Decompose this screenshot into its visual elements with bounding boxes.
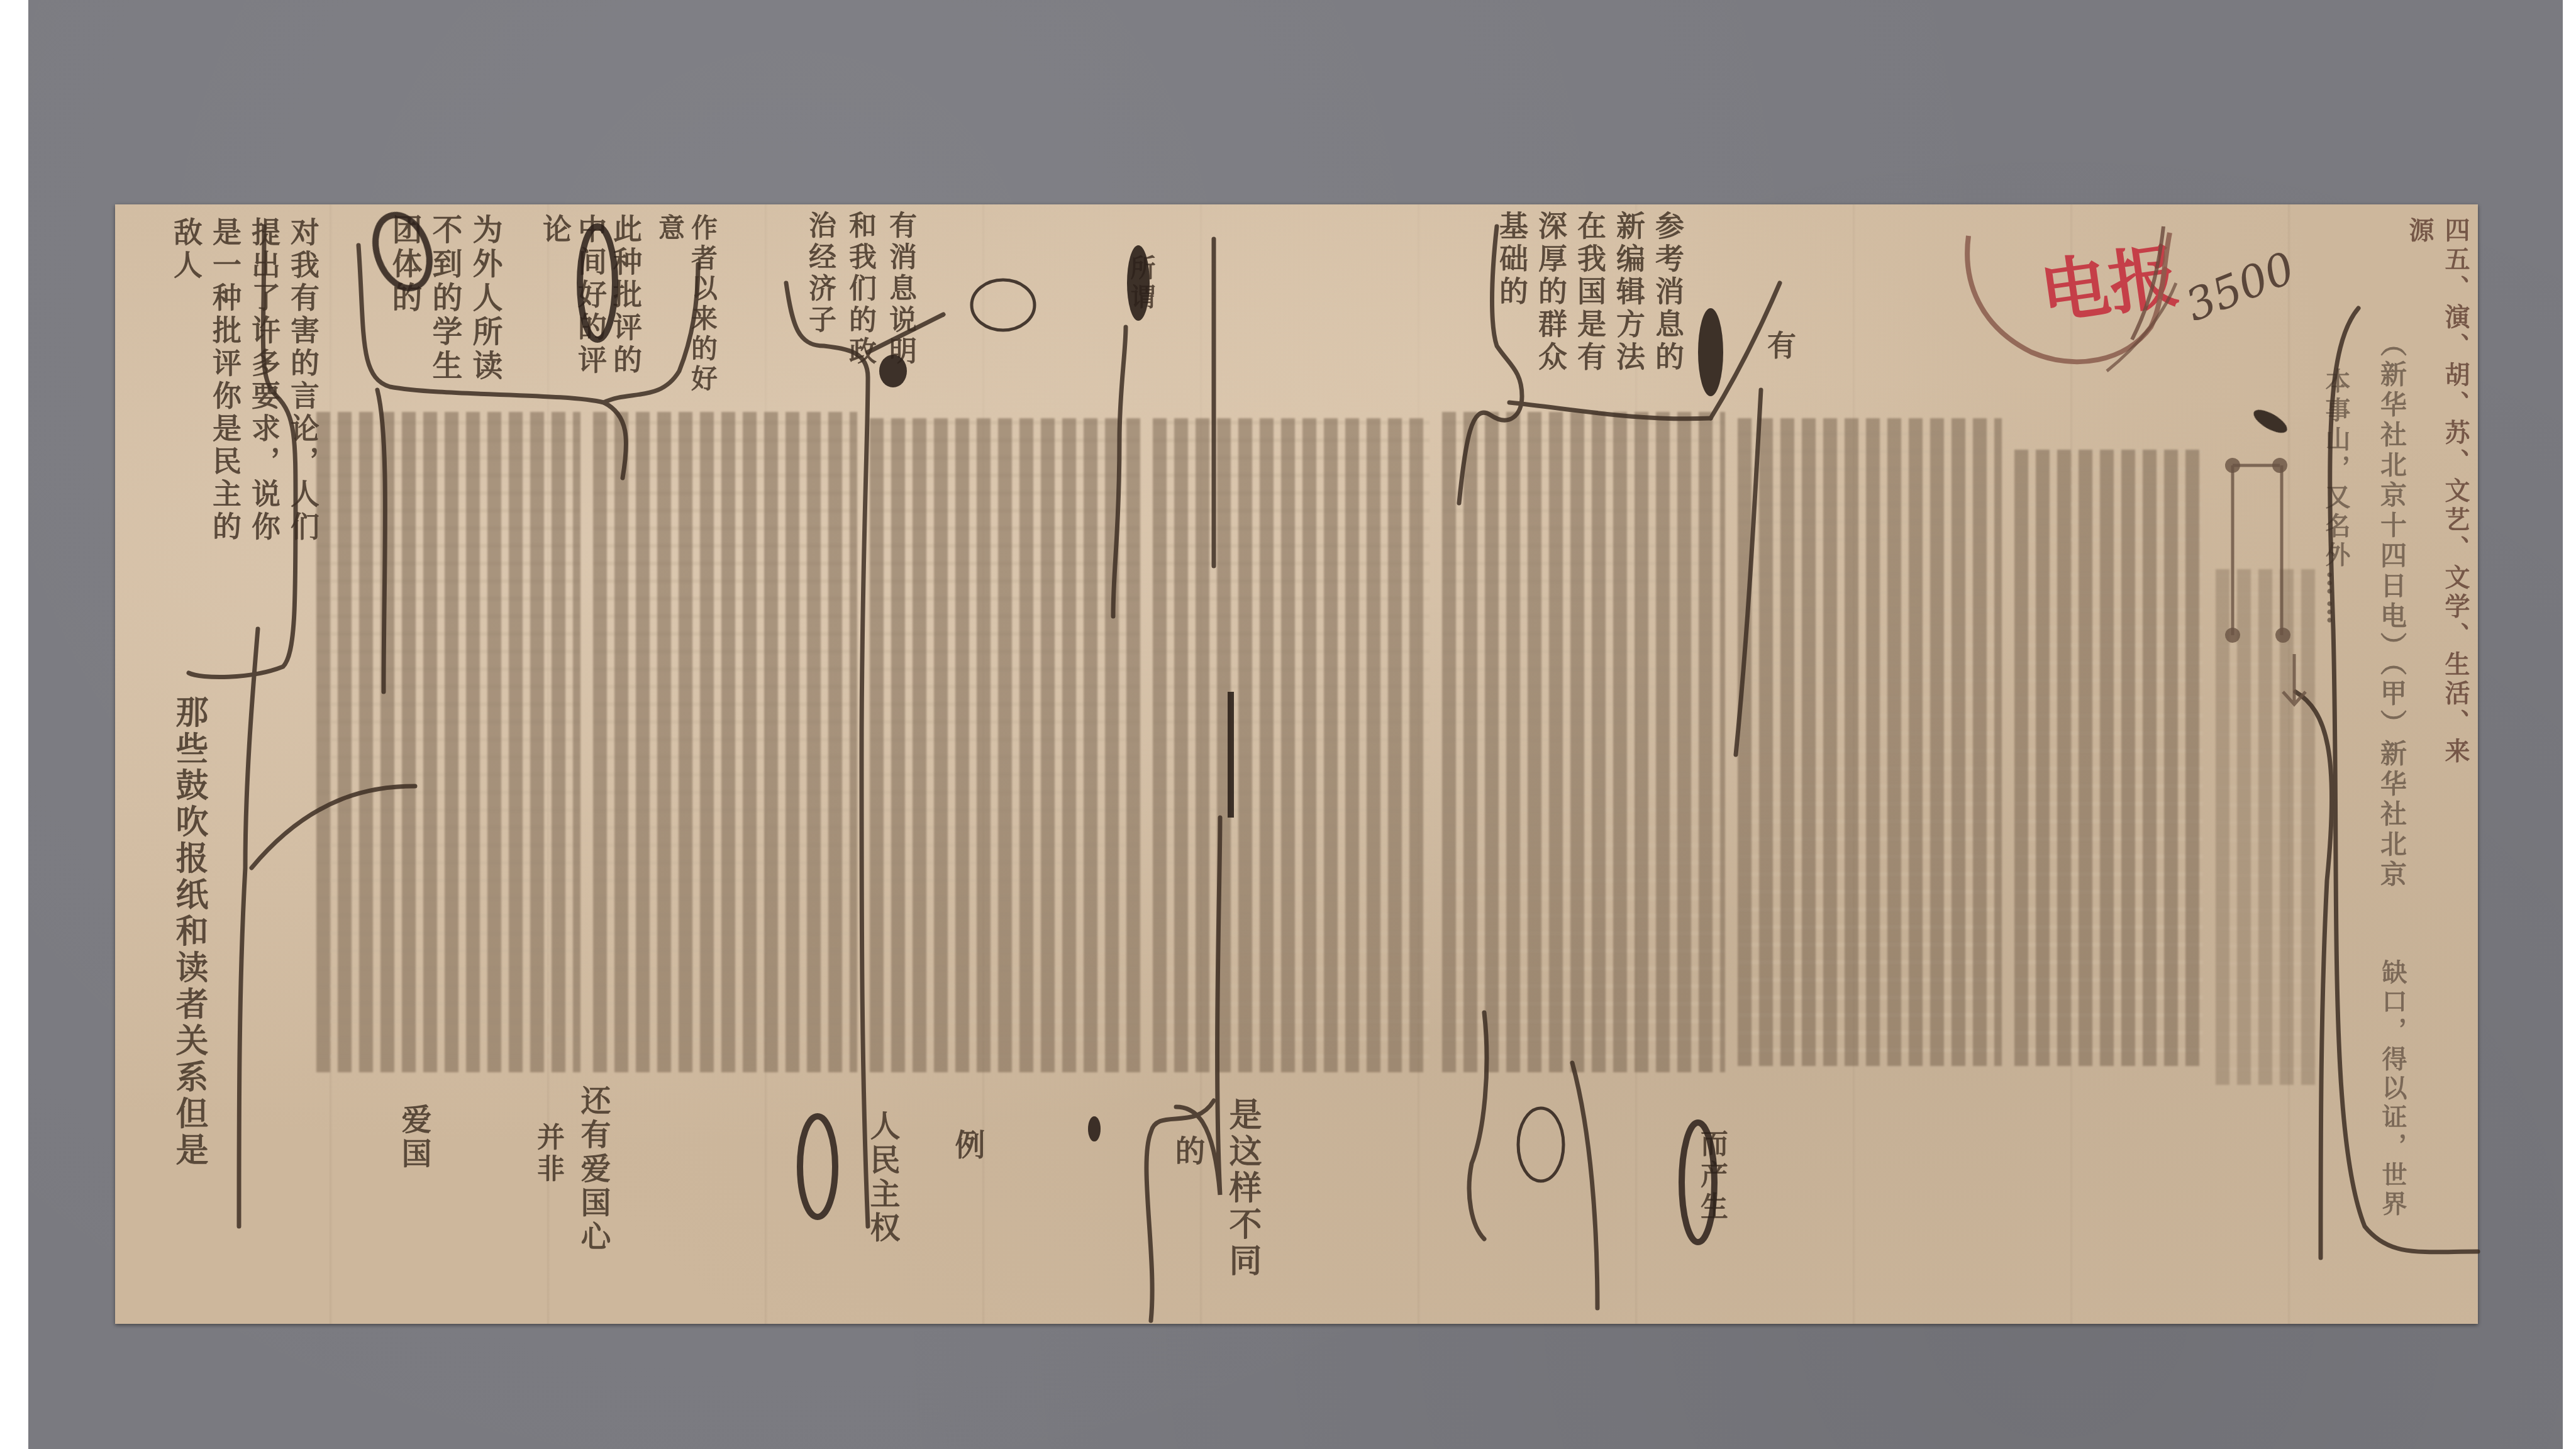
printed-column-block-5 bbox=[1442, 412, 1725, 1072]
printed-column-block-6 bbox=[1738, 418, 2002, 1066]
annotation-bottom-6: 的 bbox=[1172, 1135, 1209, 1179]
annotation-box-2: 为外人所读不到的学生团体的 bbox=[379, 214, 505, 402]
annotation-bottom-7: 是这样不同 bbox=[1228, 1097, 1266, 1305]
annotation-right-box: 参考消息的新编辑方法在我国是有深厚的群众基础的 bbox=[1524, 211, 1687, 406]
printed-column-block-7 bbox=[2014, 450, 2203, 1066]
printed-column-block-4 bbox=[1153, 418, 1430, 1072]
annotation-bottom-4: 人民主权 bbox=[867, 1110, 904, 1299]
annotation-bottom-5: 例 bbox=[952, 1129, 989, 1173]
right-margin-note-1: （新华社北京十四日电）（甲）新华社北京 bbox=[2373, 330, 2411, 947]
annotation-box-4: 作者以来的好意 bbox=[681, 214, 719, 402]
annotation-bottom-8: 而产生 bbox=[1694, 1129, 1731, 1255]
printed-column-block-2 bbox=[593, 412, 857, 1072]
stamp-label: 电报 bbox=[2033, 220, 2184, 338]
printed-column-block-8 bbox=[2216, 569, 2316, 1085]
annotation-right-box-2: 有 bbox=[1769, 330, 1801, 380]
right-margin-note-2: 本事山，又名外…… bbox=[2316, 368, 2354, 657]
stamp-number: 3500 bbox=[2179, 242, 2302, 332]
annotation-left-box: 对我有害的言论，人们提出了许多要求，说你是一种批评你是民主的敌人 bbox=[184, 217, 323, 569]
right-margin-title: 四五、演、胡、苏、文艺、文学、生活、来源 bbox=[2436, 217, 2473, 783]
annotation-mid-1: 有消息说明和我们的政治经济子 bbox=[794, 211, 920, 368]
annotation-bottom-3: 还有爱国心 bbox=[577, 1085, 615, 1292]
annotation-bottom-1: 爱国 bbox=[398, 1104, 436, 1217]
printed-column-block-3 bbox=[870, 418, 1140, 1072]
annotation-bottom-2: 并非 bbox=[530, 1123, 568, 1211]
annotation-mid-2: 所谓 bbox=[1128, 255, 1159, 343]
annotation-left-margin: 那些鼓吹报纸和读者关系但是 bbox=[169, 695, 213, 1185]
right-margin-note-3: 缺口，得以证，世界 bbox=[2373, 959, 2411, 1311]
printed-column-block-1 bbox=[316, 412, 580, 1072]
annotation-box-3: 此种批评的中间好的评论 bbox=[568, 214, 643, 402]
newspaper-sheet: 电报 3500 对我有害的言论，人们提出了许多要求，说你是一种批评你是民主的敌人… bbox=[115, 204, 2478, 1324]
